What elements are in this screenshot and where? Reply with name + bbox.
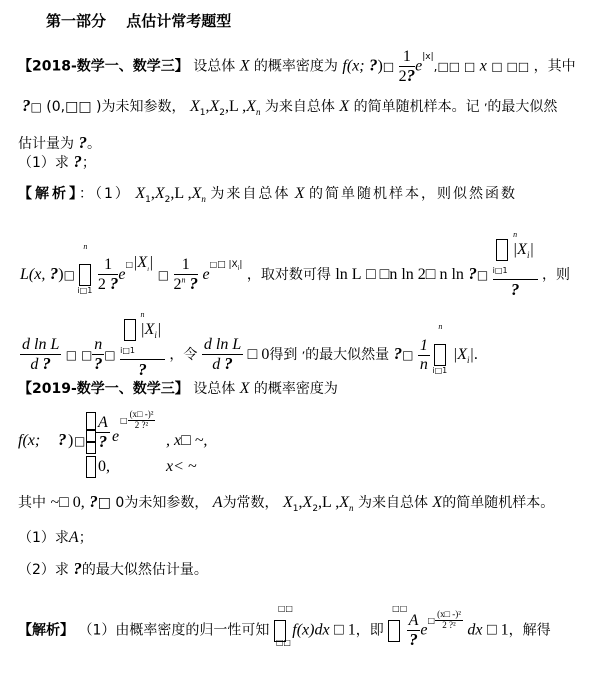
piecewise-density: f(x; ? ) □ A? e □(x□ -)²2 ?² , x□ ~, 0, …	[18, 410, 238, 480]
brace-part	[86, 412, 96, 430]
problem-2018-line1: 【2018-数学一、数学三】 设总体 X 的概率密度为 f(x; ?)□ 1 2…	[18, 48, 576, 85]
problem-2019-where: 其中 ~□ 0, ?□ 0为未知参数， A为常数， X1,X2,L ,Xn 为来…	[18, 492, 554, 512]
problem-2018-tag: 【2018-数学一、数学三】	[18, 59, 189, 75]
problem-2019-q2: （2）求 ?的最大似然估计量。	[18, 559, 208, 579]
theta-glyph: ?	[369, 56, 378, 75]
solution-tag: 【解析】	[18, 186, 79, 202]
problem-2019-tag: 【2019-数学一、数学三】	[18, 381, 189, 397]
problem-2019-q1: （1）求A；	[18, 527, 93, 547]
product-symbol	[79, 264, 91, 286]
likelihood-formula: L(x, ?)□ n i□1 12 ?e□|Xi| □ 12n ? e□□ |X…	[20, 240, 570, 310]
problem-2019-line1: 【2019-数学一、数学三】 设总体 X 的概率密度为	[18, 378, 338, 398]
section-title: 第一部分 点估计常考题型	[46, 10, 231, 31]
fraction-1-over-2theta: 1 2?	[399, 48, 416, 85]
integral-symbol: □□ □□	[274, 620, 288, 642]
problem-2018-q1: （1）求 ?；	[18, 152, 96, 172]
problem-2018-line3: 估计量为 ?。	[18, 133, 101, 153]
solution-2019-tag: 【解析】	[18, 623, 74, 639]
solution-2018-line1: 【解析】：（1） X1,X2,L ,Xn 为来自总体 X 的简单随机样本，则似然…	[18, 183, 517, 203]
solution-2019-line1: 【解析】 （1）由概率密度的归一性可知 □□ □□ f(x)dx □ 1，即 □…	[18, 612, 551, 649]
problem-2018-line2: ?□ (0,□□ )为未知参数， X1,X2,L ,Xn 为来自总体 X 的简单…	[22, 96, 557, 116]
